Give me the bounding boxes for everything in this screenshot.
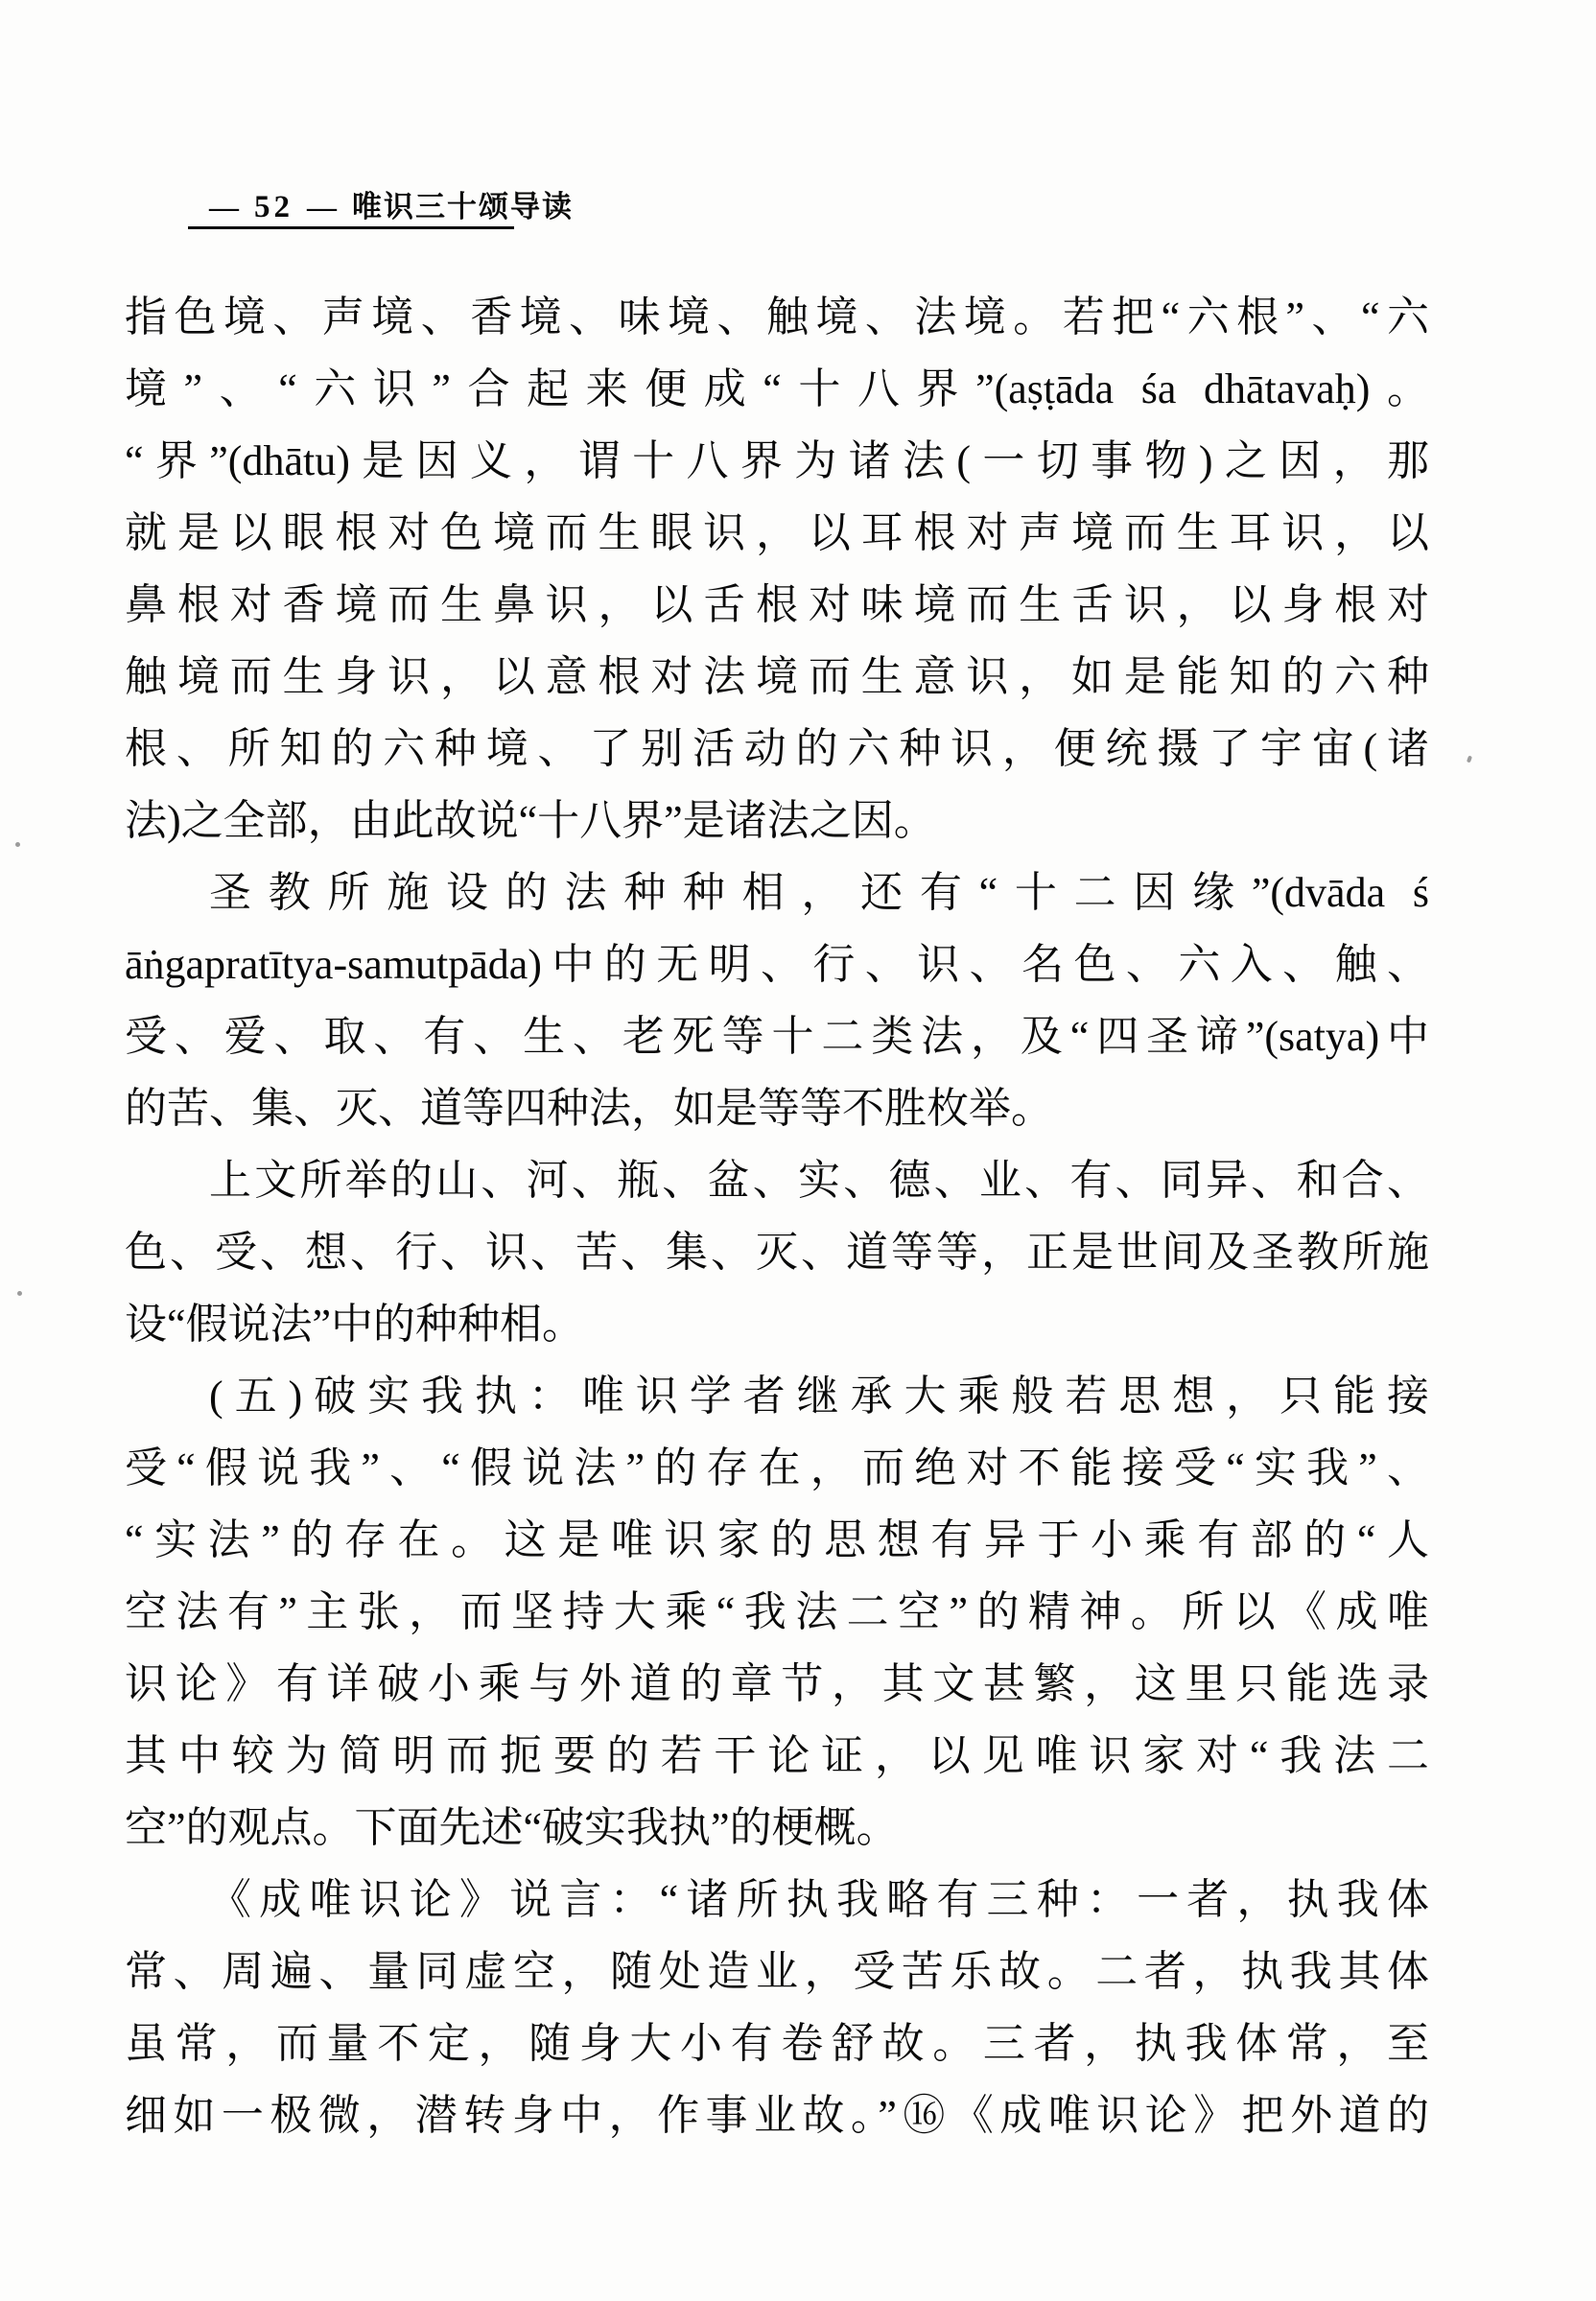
text-line: (五)破实我执：唯识学者继承大乘般若思想，只能接 (125, 1360, 1429, 1432)
text-line: 空法有”主张，而坚持大乘“我法二空”的精神。所以《成唯 (125, 1576, 1429, 1648)
text-line: 其中较为简明而扼要的若干论证，以见唯识家对“我法二 (125, 1720, 1429, 1792)
text-line: 细如一极微，潜转身中，作事业故。”⑯《成唯识论》把外道的 (125, 2079, 1429, 2151)
text-line: 常、周遍、量同虚空，随处造业，受苦乐故。二者，执我其体 (125, 1936, 1429, 2008)
text-line: “界”(dhātu)是因义，谓十八界为诸法(一切事物)之因，那 (125, 425, 1429, 497)
scan-speck (1467, 756, 1472, 763)
scan-speck (15, 842, 20, 847)
header-dash-left: — (209, 190, 241, 224)
scan-speck (17, 1291, 22, 1296)
text-line: 根、所知的六种境、了别活动的六种识，便统摄了宇宙(诸 (125, 713, 1429, 785)
text-line: 就是以眼根对色境而生眼识，以耳根对声境而生耳识，以 (125, 497, 1429, 569)
page-number: 52 (254, 190, 293, 225)
header-rule (188, 226, 514, 229)
text-line: 指色境、声境、香境、味境、触境、法境。若把“六根”、“六 (125, 281, 1429, 353)
text-line: 空”的观点。下面先述“破实我执”的梗概。 (125, 1792, 1429, 1864)
text-line: 圣教所施设的法种种相，还有“十二因缘”(dvāda ś (125, 857, 1429, 928)
book-title: 唯识三十颂导读 (352, 182, 574, 225)
text-line: 受“假说我”、“假说法”的存在，而绝对不能接受“实我”、 (125, 1432, 1429, 1504)
text-line: 受、爱、取、有、生、老死等十二类法，及“四圣谛”(satya)中 (125, 1000, 1429, 1072)
text-line: 上文所举的山、河、瓶、盆、实、德、业、有、同异、和合、 (125, 1144, 1429, 1216)
text-line: 色、受、想、行、识、苦、集、灭、道等等，正是世间及圣教所施 (125, 1216, 1429, 1288)
text-line: 《成唯识论》说言：“诸所执我略有三种：一者，执我体 (125, 1864, 1429, 1936)
text-line: 鼻根对香境而生鼻识，以舌根对味境而生舌识，以身根对 (125, 569, 1429, 641)
text-line: 识论》有详破小乘与外道的章节，其文甚繁，这里只能选录 (125, 1648, 1429, 1720)
text-line: 触境而生身识，以意根对法境而生意识，如是能知的六种 (125, 641, 1429, 713)
text-line: āṅgapratītya-samutpāda)中的无明、行、识、名色、六入、触、 (125, 928, 1429, 1000)
body-text: 指色境、声境、香境、味境、触境、法境。若把“六根”、“六 境”、“六识”合起来便… (125, 281, 1429, 2151)
header-dash-right: — (307, 190, 339, 224)
running-head: — 52 — 唯识三十颂导读 (209, 182, 574, 225)
book-page: — 52 — 唯识三十颂导读 指色境、声境、香境、味境、触境、法境。若把“六根”… (0, 0, 1596, 2301)
text-line: 境”、“六识”合起来便成“十八界”(aṣṭāda śa dhātavaḥ)。 (125, 353, 1429, 425)
text-line: 法)之全部，由此故说“十八界”是诸法之因。 (125, 785, 1429, 857)
text-line: “实法”的存在。这是唯识家的思想有异于小乘有部的“人 (125, 1504, 1429, 1576)
text-line: 虽常，而量不定，随身大小有卷舒故。三者，执我体常，至 (125, 2008, 1429, 2079)
text-line: 的苦、集、灭、道等四种法，如是等等不胜枚举。 (125, 1072, 1429, 1144)
text-line: 设“假说法”中的种种相。 (125, 1288, 1429, 1360)
